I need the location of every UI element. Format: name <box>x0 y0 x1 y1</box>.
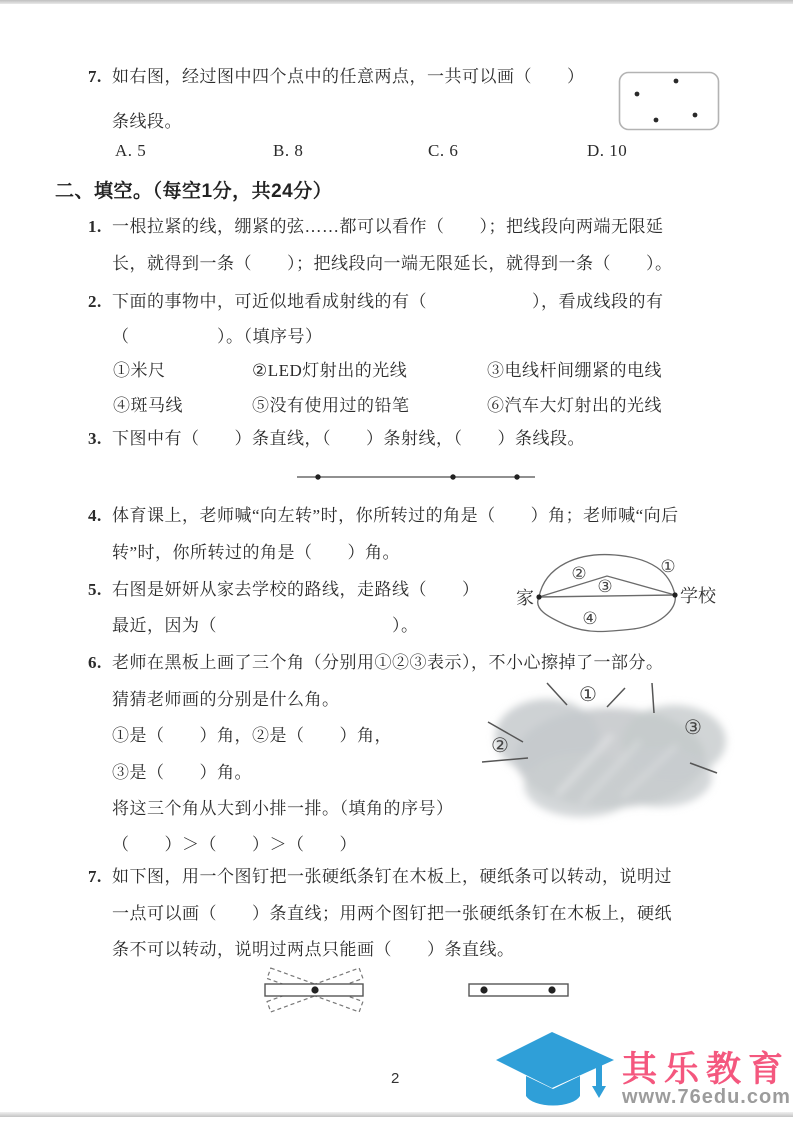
cap-tassel-knob <box>592 1086 606 1098</box>
angle-label-1: ① <box>579 684 597 706</box>
point-dot <box>315 474 320 479</box>
cap-tassel-cord <box>596 1062 602 1088</box>
q7-line2: 一点可以画（ ）条直线；用两个图钉把一张硬纸条钉在木板上，硬纸 <box>112 905 672 922</box>
mc-option-b: B. 8 <box>273 142 303 159</box>
route-label-3: ③ <box>597 577 612 596</box>
paper-strip-pins-figure <box>250 958 590 1020</box>
scan-bottom-edge <box>0 1112 793 1117</box>
route-label-4: ④ <box>582 609 597 628</box>
q6-line5: 将这三个角从大到小排一排。（填角的序号） <box>112 800 454 817</box>
q6-line3: ①是（ ）角，②是（ ）角， <box>112 727 392 744</box>
worksheet-page: 7. 如右图，经过图中四个点中的任意两点，一共可以画（ ） 条线段。 A. 5 … <box>0 0 793 1121</box>
school-label: 学校 <box>680 586 717 606</box>
point-dot <box>693 113 698 118</box>
q3-line1: 下图中有（ ）条直线，（ ）条射线，（ ）条线段。 <box>112 430 585 447</box>
brand-url: www.76edu.com <box>622 1086 791 1109</box>
q7-line1: 如下图，用一个图钉把一张硬纸条钉在木板上，硬纸条可以转动，说明过 <box>112 868 672 885</box>
q7-number: 7. <box>88 868 102 885</box>
home-label: 家 <box>516 588 534 608</box>
q5-line2: 最近，因为（ ）。 <box>112 617 419 634</box>
school-point <box>672 592 677 597</box>
mc-option-a: A. 5 <box>115 142 146 159</box>
pin-dot <box>480 986 487 993</box>
q5-line1: 右图是妍妍从家去学校的路线，走路线（ ） <box>112 581 480 598</box>
angle-label-2: ② <box>491 735 509 757</box>
four-points-figure <box>618 71 720 131</box>
section-2-title: 二、填空。（每空1分，共24分） <box>55 176 332 203</box>
one-pin-strip <box>265 968 363 1012</box>
mc-q7-line1: 如右图，经过图中四个点中的任意两点，一共可以画（ ） <box>112 68 585 85</box>
home-school-route-figure: 家 学校 ① ② ③ ④ <box>500 548 740 653</box>
home-point <box>536 594 541 599</box>
page-number: 2 <box>391 1070 399 1087</box>
point-dot <box>514 474 519 479</box>
mc-option-c: C. 6 <box>428 142 458 159</box>
q2-number: 2. <box>88 293 102 310</box>
mc-q7-number: 7. <box>88 68 102 85</box>
q2-item-6: ⑥汽车大灯射出的光线 <box>487 397 662 414</box>
q2-item-1: ①米尺 <box>113 362 166 379</box>
pin-dot <box>311 986 318 993</box>
angle-label-3: ③ <box>684 717 702 739</box>
q2-item-2: ②LED灯射出的光线 <box>252 362 407 379</box>
q1-line2: 长，就得到一条（ ）；把线段向一端无限延长，就得到一条（ ）。 <box>112 255 673 272</box>
q6-number: 6. <box>88 654 102 671</box>
q2-item-4: ④斑马线 <box>113 397 183 414</box>
route-label-1: ① <box>660 557 675 576</box>
q4-number: 4. <box>88 507 102 524</box>
q2-line2: （ ）。（填序号） <box>112 328 323 345</box>
four-points-box <box>620 73 719 130</box>
point-dot <box>450 474 455 479</box>
route-label-2: ② <box>571 564 586 583</box>
q2-item-5: ⑤没有使用过的铅笔 <box>252 397 410 414</box>
q5-number: 5. <box>88 581 102 598</box>
line-with-points-figure <box>288 465 543 490</box>
brand-name: 其乐教育 <box>622 1042 790 1092</box>
q2-item-3: ③电线杆间绷紧的电线 <box>487 362 662 379</box>
scan-top-edge <box>0 0 793 4</box>
q6-line2: 猜猜老师画的分别是什么角。 <box>112 691 340 708</box>
q6-line6: （ ）＞（ ）＞（ ） <box>112 836 357 853</box>
q4-line1: 体育课上，老师喊“向左转”时，你所转过的角是（ ）角；老师喊“向后 <box>112 507 679 524</box>
q7-line3: 条不可以转动，说明过两点只能画（ ）条直线。 <box>112 941 515 958</box>
graduation-cap-icon <box>492 1030 620 1116</box>
two-pin-strip <box>469 984 568 996</box>
pin-dot <box>548 986 555 993</box>
angle1-ray-right <box>607 688 625 707</box>
erased-angles-figure: ① ② ③ <box>462 665 772 825</box>
point-dot <box>654 118 659 123</box>
q4-line2: 转”时，你所转过的角是（ ）角。 <box>112 544 400 561</box>
q6-line4: ③是（ ）角。 <box>112 764 252 781</box>
q1-line1: 一根拉紧的线，绷紧的弦……都可以看作（ ）；把线段向两端无限延 <box>112 218 664 235</box>
point-dot <box>674 79 679 84</box>
q3-number: 3. <box>88 430 102 447</box>
mc-option-d: D. 10 <box>587 142 627 159</box>
point-dot <box>635 92 640 97</box>
q1-number: 1. <box>88 218 102 235</box>
q2-line1: 下面的事物中，可近似地看成射线的有（ ），看成线段的有 <box>112 293 664 310</box>
mc-q7-line2: 条线段。 <box>112 113 182 130</box>
